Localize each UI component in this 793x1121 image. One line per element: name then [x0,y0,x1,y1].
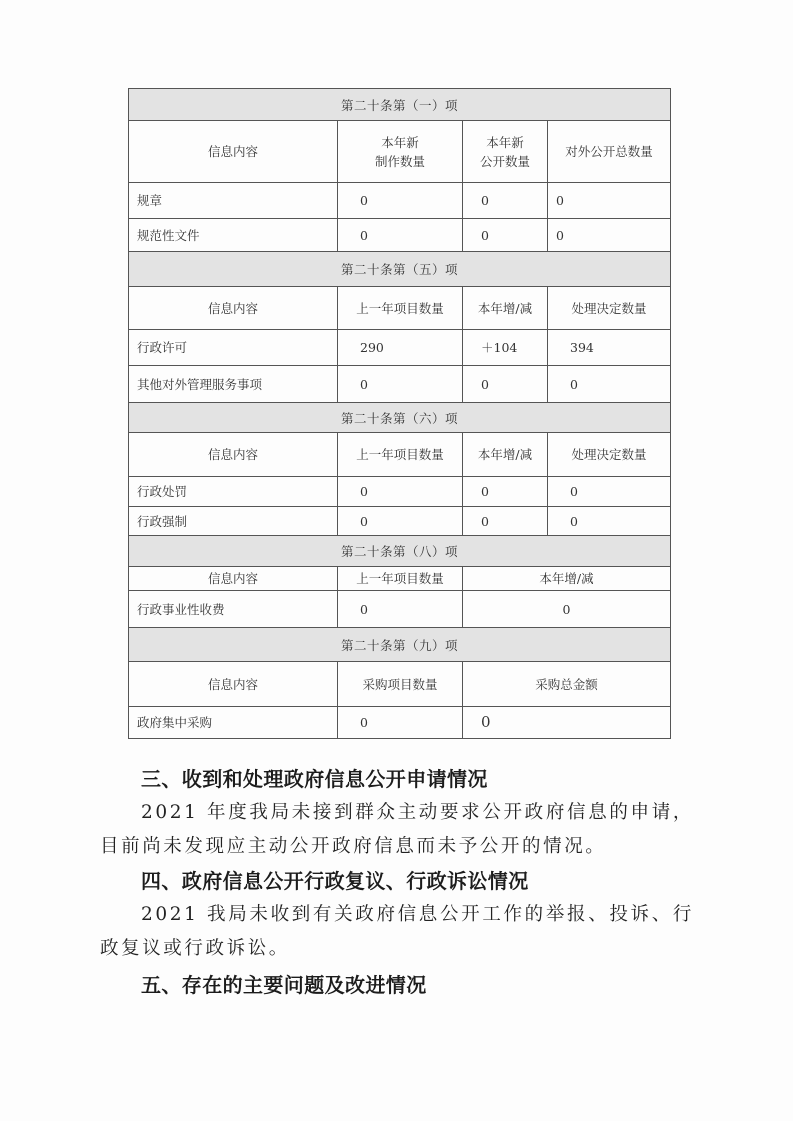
cell-value: 0 [337,366,462,402]
cell-value: 0 [337,507,462,535]
header-last-year-count: 上一年项目数量 [337,287,462,329]
table-header-row: 信息内容 上一年项目数量 本年增/减 [129,566,670,590]
header-year-change: 本年增/减 [462,433,547,476]
document-page: 第二十条第（一）项 信息内容 本年新 制作数量 本年新 公开数量 对外公开总数量… [0,0,793,1121]
header-decisions-count: 处理决定数量 [547,287,670,329]
table-header-row: 信息内容 上一年项目数量 本年增/减 处理决定数量 [129,432,670,476]
table-row: 规范性文件 0 0 0 [129,218,670,251]
header-info-content: 信息内容 [129,567,337,590]
cell-value: 0 [337,477,462,506]
header-last-year-count: 上一年项目数量 [337,433,462,476]
cell-value: 0 [547,477,670,506]
section-heading-5: 五、存在的主要问题及改进情况 [100,968,700,1002]
table-header-row: 信息内容 上一年项目数量 本年增/减 处理决定数量 [129,286,670,329]
cell-value: 0 [337,591,462,627]
cell-value: 0 [462,477,547,506]
cell-value: 0 [462,707,670,738]
table-header-row: 信息内容 本年新 制作数量 本年新 公开数量 对外公开总数量 [129,120,670,182]
cell-value: 0 [462,507,547,535]
cell-value: 0 [547,366,670,402]
section-band-article20-item9: 第二十条第（九）项 [129,627,670,661]
cell-value: 0 [462,183,547,218]
cell-value: 0 [462,591,670,627]
header-procurement-count: 采购项目数量 [337,662,462,706]
row-label: 政府集中采购 [129,707,337,738]
row-label: 规章 [129,183,337,218]
section-title: 第二十条第（六）项 [341,409,458,427]
header-decisions-count: 处理决定数量 [547,433,670,476]
row-label: 行政事业性收费 [129,591,337,627]
cell-value: 0 [462,366,547,402]
cell-value: 0 [337,183,462,218]
header-info-content: 信息内容 [129,121,337,182]
section-band-article20-item1: 第二十条第（一）项 [129,89,670,120]
section-band-article20-item5: 第二十条第（五）项 [129,251,670,286]
section-heading-3: 三、收到和处理政府信息公开申请情况 [100,762,700,796]
table-row: 行政许可 290 ＋104 394 [129,329,670,365]
cell-value: 0 [337,219,462,251]
row-label: 行政强制 [129,507,337,535]
row-label: 规范性文件 [129,219,337,251]
cell-value: 290 [337,330,462,365]
cell-value: 0 [337,707,462,738]
header-info-content: 信息内容 [129,287,337,329]
paragraph-3: 2021 年度我局未接到群众主动要求公开政府信息的申请，目前尚未发现应主动公开政… [100,796,694,864]
header-procurement-total: 采购总金额 [462,662,670,706]
header-last-year-count: 上一年项目数量 [337,567,462,590]
disclosure-table: 第二十条第（一）项 信息内容 本年新 制作数量 本年新 公开数量 对外公开总数量… [128,88,671,739]
cell-value: ＋104 [462,330,547,365]
section-title: 第二十条第（九）项 [341,636,458,654]
header-new-produced-count: 本年新 制作数量 [337,121,462,182]
paragraph-4: 2021 我局未收到有关政府信息公开工作的举报、投诉、行政复议或行政诉讼。 [100,898,694,966]
header-info-content: 信息内容 [129,433,337,476]
section-title: 第二十条第（八）项 [341,542,458,560]
table-row: 行政强制 0 0 0 [129,506,670,535]
table-row: 其他对外管理服务事项 0 0 0 [129,365,670,402]
header-total-public-count: 对外公开总数量 [547,121,670,182]
table-row: 行政处罚 0 0 0 [129,476,670,506]
header-info-content: 信息内容 [129,662,337,706]
section-band-article20-item6: 第二十条第（六）项 [129,402,670,432]
section-title: 第二十条第（五）项 [341,260,458,278]
cell-value: 0 [547,507,670,535]
cell-value: 0 [547,219,670,251]
header-new-published-count: 本年新 公开数量 [462,121,547,182]
row-label: 其他对外管理服务事项 [129,366,337,402]
cell-value: 394 [547,330,670,365]
table-row: 行政事业性收费 0 0 [129,590,670,627]
section-title: 第二十条第（一）项 [341,96,458,114]
row-label: 行政许可 [129,330,337,365]
row-label: 行政处罚 [129,477,337,506]
table-row: 规章 0 0 0 [129,182,670,218]
table-header-row: 信息内容 采购项目数量 采购总金额 [129,661,670,706]
header-year-change: 本年增/减 [462,567,670,590]
cell-value: 0 [462,219,547,251]
body-text: 三、收到和处理政府信息公开申请情况 2021 年度我局未接到群众主动要求公开政府… [100,762,700,1002]
section-band-article20-item8: 第二十条第（八）项 [129,535,670,566]
section-heading-4: 四、政府信息公开行政复议、行政诉讼情况 [100,864,700,898]
table-row: 政府集中采购 0 0 [129,706,670,738]
cell-value: 0 [547,183,670,218]
header-year-change: 本年增/减 [462,287,547,329]
